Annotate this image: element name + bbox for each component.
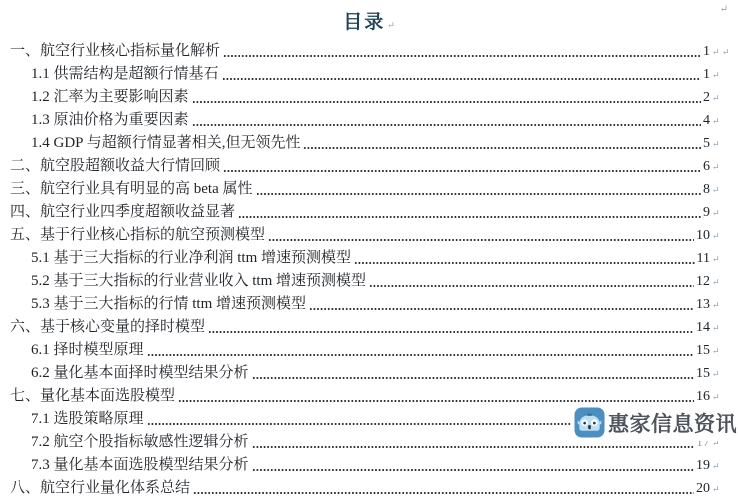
return-mark: ↵ ↵ xyxy=(710,41,726,64)
toc-entry[interactable]: 6.2 量化基本面择时模型结果分析 15 ↵ xyxy=(0,362,738,385)
return-mark: ↵ xyxy=(710,455,726,478)
dot-leader xyxy=(223,169,701,173)
toc-entry-page: 2 xyxy=(703,86,710,109)
toc-entry-label: 7.1 选股策略原理 xyxy=(31,408,144,431)
toc-entry[interactable]: 1.2 汇率为主要影响因素 2 ↵ xyxy=(0,86,738,109)
toc-entry-page: 8 xyxy=(703,178,710,201)
dot-leader xyxy=(268,238,694,242)
toc-entry-label: 七、量化基本面选股模型 xyxy=(10,385,175,408)
return-mark: ↵ xyxy=(710,478,726,500)
dot-leader xyxy=(238,215,701,219)
toc-entry[interactable]: 一、航空行业核心指标量化解析 1 ↵ ↵ xyxy=(0,40,738,63)
toc-entry-label: 六、基于核心变量的择时模型 xyxy=(10,316,205,339)
toc-entry-label: 二、航空股超额收益大行情回顾 xyxy=(10,155,220,178)
return-mark: ↵ xyxy=(710,110,726,133)
toc-entry[interactable]: 1.4 GDP 与超额行情显著相关,但无领先性 5 ↵ xyxy=(0,132,738,155)
return-mark: ↵ xyxy=(710,179,726,202)
dot-leader xyxy=(208,330,694,334)
toc-entry-label: 三、航空行业具有明显的高 beta 属性 xyxy=(10,178,253,201)
title-row: 目录↵ xyxy=(0,0,738,40)
paragraph-return-mark: ↵ xyxy=(720,4,728,15)
toc-entry[interactable]: 六、基于核心变量的择时模型 14 ↵ xyxy=(0,316,738,339)
toc-entry-label: 五、基于行业核心指标的航空预测模型 xyxy=(10,224,265,247)
toc-entry-page: 10 xyxy=(696,224,710,247)
return-mark: ↵ xyxy=(710,363,726,386)
return-mark: ↵ xyxy=(710,225,726,248)
toc-entry-label: 1.3 原油价格为重要因素 xyxy=(31,109,189,132)
toc-entry-label: 5.3 基于三大指标的行情 ttm 增速预测模型 xyxy=(31,293,306,316)
toc-entry[interactable]: 7.3 量化基本面选股模型结果分析 19 ↵ xyxy=(0,454,738,477)
toc-entry-page: 12 xyxy=(696,270,710,293)
return-mark: ↵ xyxy=(710,294,726,317)
toc-entry[interactable]: 5.1 基于三大指标的行业净利润 ttm 增速预测模型 11 ↵ xyxy=(0,247,738,270)
toc-entry-label: 5.1 基于三大指标的行业净利润 ttm 增速预测模型 xyxy=(31,247,351,270)
toc-entry-label: 7.2 航空个股指标敏感性逻辑分析 xyxy=(31,431,249,454)
return-mark: ↵ xyxy=(710,271,726,294)
toc-entry-page: 19 xyxy=(696,454,710,477)
paragraph-return-mark: ↵ xyxy=(387,20,395,30)
toc-entry-page: 14 xyxy=(696,316,710,339)
toc-entry[interactable]: 三、航空行业具有明显的高 beta 属性 8 ↵ xyxy=(0,178,738,201)
dot-leader xyxy=(252,376,694,380)
toc-entry[interactable]: 四、航空行业四季度超额收益显著 9 ↵ xyxy=(0,201,738,224)
toc-entry-page: 4 xyxy=(703,109,710,132)
toc-entry-page: 1 xyxy=(703,40,710,63)
return-mark: ↵ xyxy=(710,248,726,271)
watermark: 惠家信息资讯 xyxy=(571,404,737,441)
toc-entry-label: 四、航空行业四季度超额收益显著 xyxy=(10,201,235,224)
toc-entry-page: 15 xyxy=(696,362,710,385)
toc-entry[interactable]: 八、航空行业量化体系总结 20 ↵ xyxy=(0,477,738,500)
toc-entry-label: 6.1 择时模型原理 xyxy=(31,339,144,362)
toc-entry-page: 15 xyxy=(696,339,710,362)
toc-entry[interactable]: 二、航空股超额收益大行情回顾 6 ↵ xyxy=(0,155,738,178)
dot-leader xyxy=(193,491,694,495)
dot-leader xyxy=(223,54,701,58)
page-title: 目录 xyxy=(343,12,385,33)
dot-leader xyxy=(354,261,695,265)
toc-entry-label: 6.2 量化基本面择时模型结果分析 xyxy=(31,362,249,385)
watermark-robot-logo-icon xyxy=(574,407,605,438)
toc-entry-label: 1.2 汇率为主要影响因素 xyxy=(31,86,189,109)
toc-entry-page: 13 xyxy=(696,293,710,316)
return-mark: ↵ xyxy=(710,317,726,340)
toc-entry-label: 一、航空行业核心指标量化解析 xyxy=(10,40,220,63)
return-mark: ↵ xyxy=(710,87,726,110)
dot-leader xyxy=(256,192,702,196)
dot-leader xyxy=(303,146,701,150)
toc-entry-page: 1 xyxy=(703,63,710,86)
dot-leader xyxy=(192,123,701,127)
toc-entry-label: 5.2 基于三大指标的行业营业收入 ttm 增速预测模型 xyxy=(31,270,366,293)
return-mark: ↵ xyxy=(710,202,726,225)
dot-leader xyxy=(222,77,701,81)
dot-leader xyxy=(369,284,694,288)
return-mark: ↵ xyxy=(710,133,726,156)
toc-entry-label: 7.3 量化基本面选股模型结果分析 xyxy=(31,454,249,477)
return-mark: ↵ xyxy=(710,340,726,363)
dot-leader xyxy=(252,468,694,472)
dot-leader xyxy=(178,399,694,403)
document-page: ↵ 目录↵ 一、航空行业核心指标量化解析 1 ↵ ↵ 1.1 供需结构是超额行情… xyxy=(0,0,738,500)
toc-entry-page: 5 xyxy=(703,132,710,155)
toc-entry-label: 1.1 供需结构是超额行情基石 xyxy=(31,63,219,86)
toc-entry[interactable]: 5.3 基于三大指标的行情 ttm 增速预测模型 13 ↵ xyxy=(0,293,738,316)
toc-entry-label: 1.4 GDP 与超额行情显著相关,但无领先性 xyxy=(31,132,300,155)
toc-entry-page: 9 xyxy=(703,201,710,224)
toc-entry[interactable]: 五、基于行业核心指标的航空预测模型 10 ↵ xyxy=(0,224,738,247)
return-mark: ↵ xyxy=(710,156,726,179)
dot-leader xyxy=(147,353,694,357)
return-mark: ↵ xyxy=(710,64,726,87)
dot-leader xyxy=(192,100,701,104)
toc-entry-page: 6 xyxy=(703,155,710,178)
dot-leader xyxy=(252,445,694,449)
toc-entry-label: 八、航空行业量化体系总结 xyxy=(10,477,190,500)
toc-entry-page: 11 xyxy=(697,247,710,270)
watermark-text: 惠家信息资讯 xyxy=(608,408,737,438)
dot-leader xyxy=(309,307,694,311)
toc-entry[interactable]: 5.2 基于三大指标的行业营业收入 ttm 增速预测模型 12 ↵ xyxy=(0,270,738,293)
toc-entry[interactable]: 1.1 供需结构是超额行情基石 1 ↵ xyxy=(0,63,738,86)
toc-entry-page: 20 xyxy=(696,477,710,500)
toc-entry[interactable]: 1.3 原油价格为重要因素 4 ↵ xyxy=(0,109,738,132)
toc-entry[interactable]: 6.1 择时模型原理 15 ↵ xyxy=(0,339,738,362)
